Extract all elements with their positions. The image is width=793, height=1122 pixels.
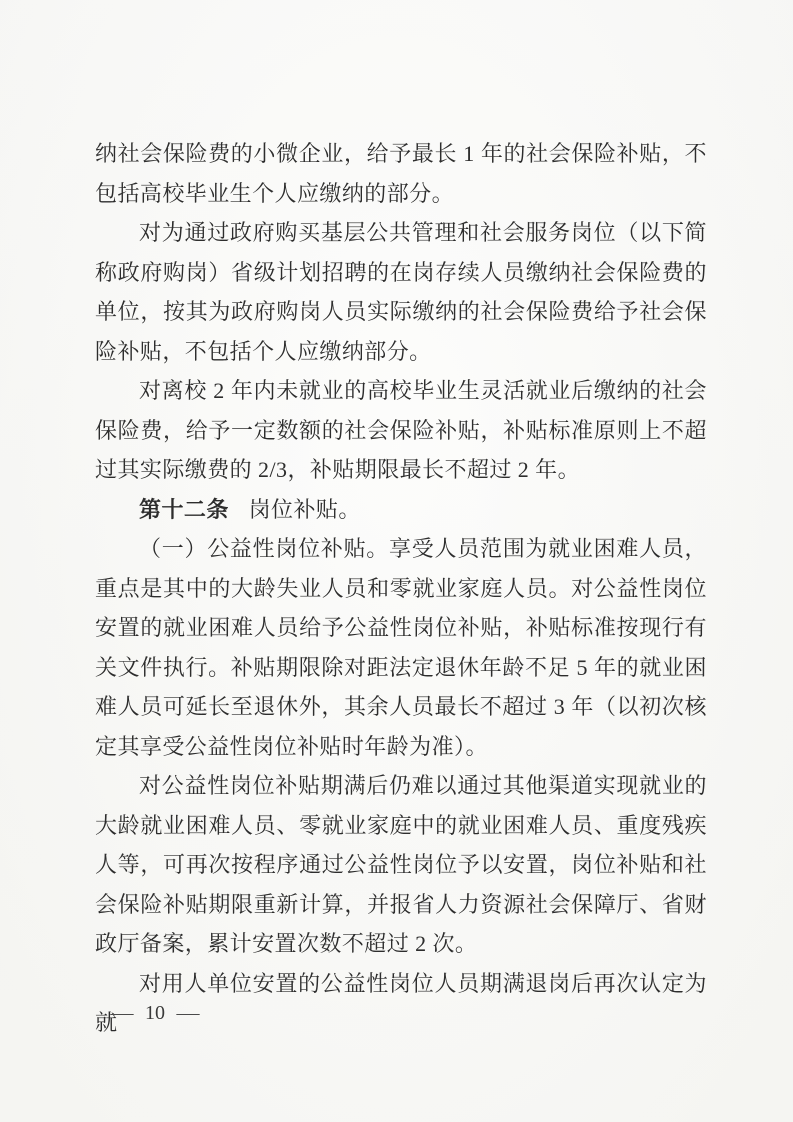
paragraph-text: 对为通过政府购买基层公共管理和社会服务岗位（以下简称政府购岗）省级计划招聘的在岗… [95, 220, 707, 364]
paragraph: 对离校 2 年内未就业的高校毕业生灵活就业后缴纳的社会保险费，给予一定数额的社会… [95, 371, 707, 490]
paragraph: （一）公益性岗位补贴。享受人员范围为就业困难人员，重点是其中的大龄失业人员和零就… [95, 529, 707, 766]
footer-dash-right: — [177, 1002, 200, 1025]
paragraph-text: 纳社会保险费的小微企业，给予最长 1 年的社会保险补贴，不包括高校毕业生个人应缴… [95, 141, 707, 206]
paragraph: 纳社会保险费的小微企业，给予最长 1 年的社会保险补贴，不包括高校毕业生个人应缴… [95, 134, 707, 213]
paragraph: 对为通过政府购买基层公共管理和社会服务岗位（以下简称政府购岗）省级计划招聘的在岗… [95, 213, 707, 371]
page-number: 10 [145, 1002, 165, 1025]
paragraph-text: 岗位补贴。 [249, 497, 361, 522]
document-page: 纳社会保险费的小微企业，给予最长 1 年的社会保险补贴，不包括高校毕业生个人应缴… [0, 0, 793, 1122]
article-heading: 第十二条 [139, 497, 229, 522]
paragraph: 第十二条岗位补贴。 [95, 490, 707, 530]
page-footer: — 10 — [112, 1002, 198, 1025]
document-body: 纳社会保险费的小微企业，给予最长 1 年的社会保险补贴，不包括高校毕业生个人应缴… [95, 134, 707, 1043]
paragraph-text: 对离校 2 年内未就业的高校毕业生灵活就业后缴纳的社会保险费，给予一定数额的社会… [95, 378, 707, 482]
paragraph-text: 对公益性岗位补贴期满后仍难以通过其他渠道实现就业的大龄就业困难人员、零就业家庭中… [95, 773, 707, 956]
footer-dash-left: — [111, 1002, 134, 1025]
paragraph: 对公益性岗位补贴期满后仍难以通过其他渠道实现就业的大龄就业困难人员、零就业家庭中… [95, 766, 707, 964]
paragraph-text: （一）公益性岗位补贴。享受人员范围为就业困难人员，重点是其中的大龄失业人员和零就… [95, 536, 707, 759]
